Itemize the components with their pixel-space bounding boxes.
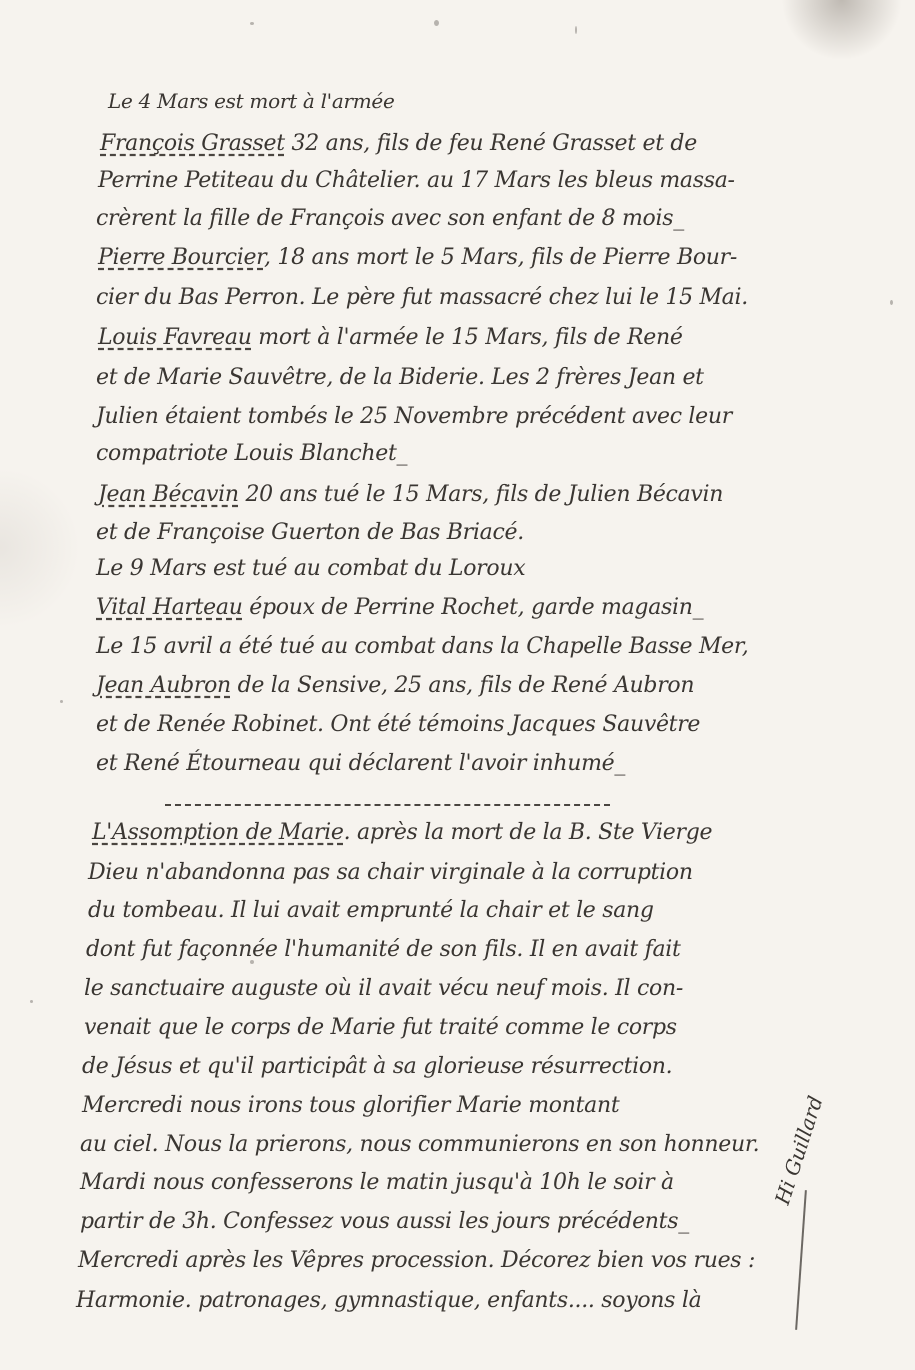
text-line: Mercredi nous irons tous glorifier Marie… bbox=[82, 1093, 619, 1119]
text-line: Le 15 avril a été tué au combat dans la … bbox=[96, 634, 748, 660]
scan-speck bbox=[890, 300, 893, 305]
person-name: Louis Favreau bbox=[98, 325, 252, 350]
text-line: Pierre Bourcier, 18 ans mort le 5 Mars, … bbox=[98, 245, 737, 271]
person-name: Pierre Bourcier bbox=[98, 245, 264, 270]
text-line: dont fut façonnée l'humanité de son fils… bbox=[86, 937, 681, 963]
manuscript-page: Le 4 Mars est mort à l'armée François Gr… bbox=[0, 0, 915, 1370]
text-line: Louis Favreau mort à l'armée le 15 Mars,… bbox=[98, 325, 683, 351]
signature: Hi Guillard bbox=[770, 1095, 827, 1207]
scan-speck bbox=[30, 1000, 33, 1003]
person-name: François Grasset bbox=[100, 131, 285, 156]
scan-speck bbox=[434, 20, 439, 26]
text-line: Le 4 Mars est mort à l'armée bbox=[108, 88, 395, 114]
text-line: venait que le corps de Marie fut traité … bbox=[84, 1015, 677, 1041]
text-line: du tombeau. Il lui avait emprunté la cha… bbox=[88, 898, 654, 924]
text-line: et de Marie Sauvêtre, de la Biderie. Les… bbox=[96, 365, 704, 391]
text-line: Vital Harteau époux de Perrine Rochet, g… bbox=[96, 595, 703, 621]
text-line: et de Renée Robinet. Ont été témoins Jac… bbox=[96, 712, 700, 738]
text-line: Dieu n'abandonna pas sa chair virginale … bbox=[88, 860, 693, 886]
text-line: de Jésus et qu'il participât à sa glorie… bbox=[82, 1054, 672, 1080]
text-line: au ciel. Nous la prierons, nous communie… bbox=[80, 1132, 759, 1158]
text-line: partir de 3h. Confessez vous aussi les j… bbox=[80, 1209, 689, 1235]
text-line: le sanctuaire auguste où il avait vécu n… bbox=[84, 976, 683, 1002]
person-name: Jean Bécavin bbox=[98, 482, 239, 507]
text-line: Harmonie. patronages, gymnastique, enfan… bbox=[76, 1288, 701, 1314]
scan-speck bbox=[60, 700, 63, 703]
text-line: Julien étaient tombés le 25 Novembre pré… bbox=[96, 404, 732, 430]
person-name: Vital Harteau bbox=[96, 595, 243, 620]
section-divider bbox=[165, 804, 610, 806]
section-heading: L'Assomption de Marie bbox=[92, 820, 344, 845]
text-line: Jean Bécavin 20 ans tué le 15 Mars, fils… bbox=[98, 482, 723, 508]
text-line: compatriote Louis Blanchet_ bbox=[96, 441, 407, 467]
text-line: et René Étourneau qui déclarent l'avoir … bbox=[96, 751, 625, 777]
text-line: Mardi nous confesserons le matin jusqu'à… bbox=[80, 1170, 674, 1196]
text-line: Le 9 Mars est tué au combat du Loroux bbox=[96, 556, 525, 582]
text-line: crèrent la fille de François avec son en… bbox=[96, 206, 684, 232]
text-line: L'Assomption de Marie. après la mort de … bbox=[92, 820, 712, 846]
text-line: François Grasset 32 ans, fils de feu Ren… bbox=[100, 131, 697, 157]
text-line: cier du Bas Perron. Le père fut massacré… bbox=[96, 285, 748, 311]
text-line: Mercredi après les Vêpres procession. Dé… bbox=[78, 1248, 755, 1274]
person-name: Jean Aubron bbox=[96, 673, 231, 698]
signature-stroke bbox=[795, 1190, 807, 1330]
text-line: Jean Aubron de la Sensive, 25 ans, fils … bbox=[96, 673, 694, 699]
scan-speck bbox=[250, 22, 254, 25]
text-line: et de Françoise Guerton de Bas Briacé. bbox=[96, 520, 524, 546]
text-line: Perrine Petiteau du Châtelier. au 17 Mar… bbox=[98, 168, 735, 194]
scan-speck bbox=[575, 26, 577, 34]
